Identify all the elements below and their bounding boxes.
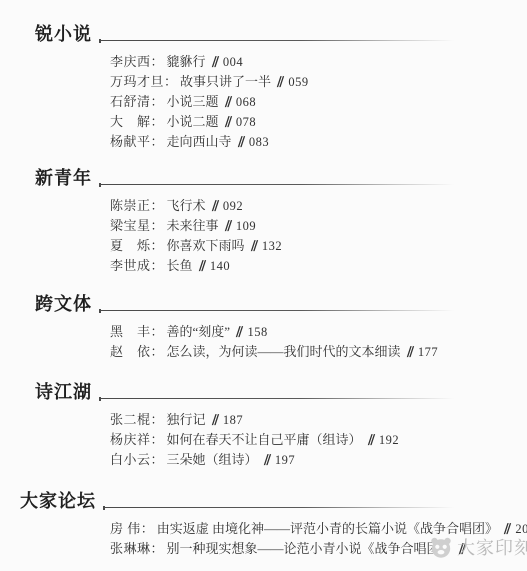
entry-title: 小说三题: [167, 94, 219, 109]
toc-entry: 杨庆祥：如何在春天不让自己平庸（组诗）∥192: [110, 430, 527, 450]
section-header: 锐小说: [20, 24, 527, 44]
entry-title: 善的“刻度”: [167, 324, 231, 339]
parallel-separator: ∥: [208, 411, 221, 430]
section-title: 大家论坛: [20, 491, 96, 511]
section-entries: 李庆西：貔貅行∥004 万玛才旦：故事只讲了一半∥059 石舒清：小说三题∥06…: [110, 52, 527, 152]
toc-entry: 杨献平：走向西山寺∥083: [110, 132, 527, 152]
entry-author: 赵 依: [110, 344, 151, 359]
entry-author: 张琳琳: [110, 541, 151, 556]
entry-title: 小说二题: [167, 114, 219, 129]
parallel-separator: ∥: [234, 133, 247, 152]
section-entries: 张二棍：独行记∥187 杨庆祥：如何在春天不让自己平庸（组诗）∥192 白小云：…: [110, 410, 527, 470]
entry-author: 大 解: [110, 114, 151, 129]
parallel-separator: ∥: [208, 197, 221, 216]
toc-entry: 白小云：三朵她（组诗）∥197: [110, 450, 527, 470]
section-xin-qingnian: 新青年 陈崇正：飞行术∥092 梁宝星：未来往事∥109 夏 烁：你喜欢下雨吗∥…: [20, 168, 527, 276]
toc-entry: 陈崇正：飞行术∥092: [110, 196, 527, 216]
entry-colon: ：: [151, 198, 164, 213]
toc-entry: 夏 烁：你喜欢下雨吗∥132: [110, 236, 527, 256]
toc-entry: 大 解：小说二题∥078: [110, 112, 527, 132]
parallel-separator: ∥: [274, 73, 287, 92]
section-shi-jianghu: 诗江湖 张二棍：独行记∥187 杨庆祥：如何在春天不让自己平庸（组诗）∥192 …: [20, 382, 527, 470]
parallel-separator: ∥: [221, 93, 234, 112]
entry-colon: ：: [141, 521, 154, 536]
watermark-text: 大家印刻: [457, 534, 527, 560]
entry-title: 你喜欢下雨吗: [167, 238, 245, 253]
entry-page-number: 059: [288, 75, 308, 89]
section-header: 新青年: [20, 168, 527, 188]
entry-colon: ：: [151, 432, 164, 447]
section-entries: 黑 丰：善的“刻度”∥158 赵 依：怎么读，为何读——我们时代的文本细读∥17…: [110, 322, 527, 362]
entry-page-number: 192: [379, 433, 399, 447]
entry-page-number: 177: [418, 345, 438, 359]
parallel-separator: ∥: [403, 343, 416, 362]
entry-page-number: 078: [236, 115, 256, 129]
entry-colon: ：: [151, 114, 164, 129]
entry-author: 梁宝星: [110, 218, 151, 233]
section-rule-line: [104, 507, 465, 508]
section-rule-line: [100, 184, 465, 185]
entry-colon: ：: [151, 412, 164, 427]
entry-author: 张二棍: [110, 412, 151, 427]
section-rule-line: [100, 40, 465, 41]
section-rule-line: [100, 398, 465, 399]
entry-author: 石舒清: [110, 94, 151, 109]
entry-title: 怎么读，为何读——我们时代的文本细读: [167, 344, 401, 359]
parallel-separator: ∥: [233, 323, 246, 342]
entry-colon: ：: [151, 541, 164, 556]
toc-page: 锐小说 李庆西：貔貅行∥004 万玛才旦：故事只讲了一半∥059 石舒清：小说三…: [0, 0, 527, 571]
section-header: 大家论坛: [20, 491, 527, 511]
section-title: 锐小说: [20, 24, 92, 44]
entry-page-number: 140: [210, 259, 230, 273]
entry-author: 李庆西: [110, 54, 151, 69]
entry-colon: ：: [151, 94, 164, 109]
section-entries: 陈崇正：飞行术∥092 梁宝星：未来往事∥109 夏 烁：你喜欢下雨吗∥132 …: [110, 196, 527, 276]
entry-colon: ：: [151, 54, 164, 69]
section-rui-xiaoshuo: 锐小说 李庆西：貔貅行∥004 万玛才旦：故事只讲了一半∥059 石舒清：小说三…: [20, 24, 527, 152]
entry-title: 走向西山寺: [167, 134, 232, 149]
entry-page-number: 004: [223, 55, 243, 69]
entry-title: 三朵她（组诗）: [167, 452, 258, 467]
toc-entry: 李庆西：貔貅行∥004: [110, 52, 527, 72]
entry-author: 黑 丰: [110, 324, 151, 339]
entry-author: 杨献平: [110, 134, 151, 149]
entry-title: 未来往事: [167, 218, 219, 233]
entry-title: 飞行术: [167, 198, 206, 213]
parallel-separator: ∥: [195, 257, 208, 276]
entry-page-number: 158: [247, 325, 267, 339]
entry-colon: ：: [164, 74, 177, 89]
section-header: 诗江湖: [20, 382, 527, 402]
toc-entry: 李世成：长鱼∥140: [110, 256, 527, 276]
toc-entry: 赵 依：怎么读，为何读——我们时代的文本细读∥177: [110, 342, 527, 362]
entry-page-number: 197: [275, 453, 295, 467]
entry-author: 房 伟: [110, 521, 141, 536]
entry-title: 故事只讲了一半: [180, 74, 271, 89]
toc-entry: 梁宝星：未来往事∥109: [110, 216, 527, 236]
toc-entry: 万玛才旦：故事只讲了一半∥059: [110, 72, 527, 92]
section-title: 新青年: [20, 168, 92, 188]
entry-page-number: 068: [236, 95, 256, 109]
entry-title: 别一种现实想象——论范小青小说《战争合唱团》: [167, 541, 453, 556]
entry-author: 白小云: [110, 452, 151, 467]
entry-author: 夏 烁: [110, 238, 151, 253]
entry-page-number: 187: [223, 413, 243, 427]
watermark: 大家印刻: [429, 534, 527, 560]
entry-title: 长鱼: [167, 258, 193, 273]
entry-colon: ：: [151, 134, 164, 149]
entry-colon: ：: [151, 258, 164, 273]
entry-page-number: 109: [236, 219, 256, 233]
entry-page-number: 083: [249, 135, 269, 149]
section-kua-wenti: 跨文体 黑 丰：善的“刻度”∥158 赵 依：怎么读，为何读——我们时代的文本细…: [20, 294, 527, 362]
parallel-separator: ∥: [221, 113, 234, 132]
entry-title: 如何在春天不让自己平庸（组诗）: [167, 432, 362, 447]
entry-title: 独行记: [167, 412, 206, 427]
entry-page-number: 132: [262, 239, 282, 253]
toc-entry: 石舒清：小说三题∥068: [110, 92, 527, 112]
entry-colon: ：: [151, 324, 164, 339]
entry-author: 杨庆祥: [110, 432, 151, 447]
panda-logo-icon: [429, 535, 453, 560]
entry-colon: ：: [151, 452, 164, 467]
entry-author: 万玛才旦: [110, 74, 164, 89]
entry-colon: ：: [151, 344, 164, 359]
parallel-separator: ∥: [364, 431, 377, 450]
entry-author: 李世成: [110, 258, 151, 273]
entry-author: 陈崇正: [110, 198, 151, 213]
section-title: 跨文体: [20, 294, 92, 314]
parallel-separator: ∥: [260, 451, 273, 470]
entry-colon: ：: [151, 218, 164, 233]
parallel-separator: ∥: [221, 217, 234, 236]
section-header: 跨文体: [20, 294, 527, 314]
section-title: 诗江湖: [20, 382, 92, 402]
section-rule-line: [100, 310, 465, 311]
toc-entry: 张二棍：独行记∥187: [110, 410, 527, 430]
parallel-separator: ∥: [208, 53, 221, 72]
entry-colon: ：: [151, 238, 164, 253]
toc-entry: 黑 丰：善的“刻度”∥158: [110, 322, 527, 342]
parallel-separator: ∥: [247, 237, 260, 256]
entry-title: 貔貅行: [167, 54, 206, 69]
entry-page-number: 092: [223, 199, 243, 213]
